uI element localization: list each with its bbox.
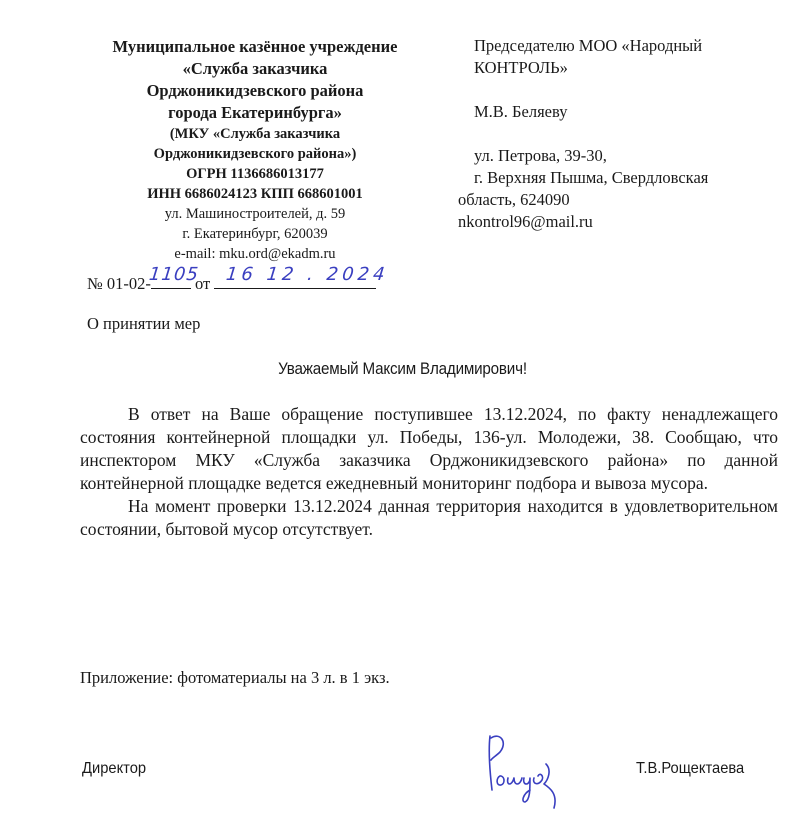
sender-org-line: Орджоникидзевского района	[80, 80, 430, 102]
registration-prefix: № 01-02-	[87, 274, 151, 293]
handwritten-number: 1105	[148, 263, 200, 287]
recipient-email: nkontrol96@mail.ru	[458, 211, 778, 233]
letter-subject: О принятии мер	[87, 314, 200, 334]
registration-line: № 01-02-1105 от 16 12 . 2024	[87, 270, 376, 296]
greeting: Уважаемый Максим Владимирович!	[32, 360, 773, 379]
sender-city: г. Екатеринбург, 620039	[80, 224, 430, 244]
sender-org-line: города Екатеринбурга»	[80, 102, 430, 124]
recipient-org: КОНТРОЛЬ»	[458, 57, 778, 79]
handwritten-signature-icon	[478, 728, 578, 818]
sender-block: Муниципальное казённое учреждение «Служб…	[80, 36, 430, 264]
attachment-note: Приложение: фотоматериалы на 3 л. в 1 эк…	[80, 668, 390, 688]
recipient-position: Председателю МОО «Народный	[458, 35, 778, 57]
recipient-block: Председателю МОО «Народный КОНТРОЛЬ» М.В…	[458, 35, 778, 233]
recipient-street: ул. Петрова, 39-30,	[458, 145, 778, 167]
sender-ogrn: ОГРН 1136686013177	[80, 164, 430, 184]
sender-street: ул. Машиностроителей, д. 59	[80, 204, 430, 224]
sender-email: e-mail: mku.ord@ekadm.ru	[80, 244, 430, 264]
body-paragraph: В ответ на Ваше обращение поступившее 13…	[80, 403, 778, 495]
recipient-name: М.В. Беляеву	[458, 101, 778, 123]
letter-body: В ответ на Ваше обращение поступившее 13…	[80, 403, 778, 541]
sender-short-name: (МКУ «Служба заказчика	[80, 124, 430, 144]
sender-org-line: «Служба заказчика	[80, 58, 430, 80]
sender-inn-kpp: ИНН 6686024123 КПП 668601001	[80, 184, 430, 204]
body-paragraph: На момент проверки 13.12.2024 данная тер…	[80, 495, 778, 541]
signatory-title: Директор	[82, 760, 146, 778]
recipient-city: г. Верхняя Пышма, Свердловская	[458, 167, 778, 189]
handwritten-date: 16 12 . 2024	[225, 263, 390, 287]
registration-date-field: 16 12 . 2024	[214, 270, 376, 289]
sender-short-name: Орджоникидзевского района»)	[80, 144, 430, 164]
signatory-name: Т.В.Рощектаева	[636, 760, 744, 778]
registration-number-field: 1105	[151, 270, 191, 289]
sender-org-line: Муниципальное казённое учреждение	[80, 36, 430, 58]
recipient-region: область, 624090	[458, 189, 778, 211]
